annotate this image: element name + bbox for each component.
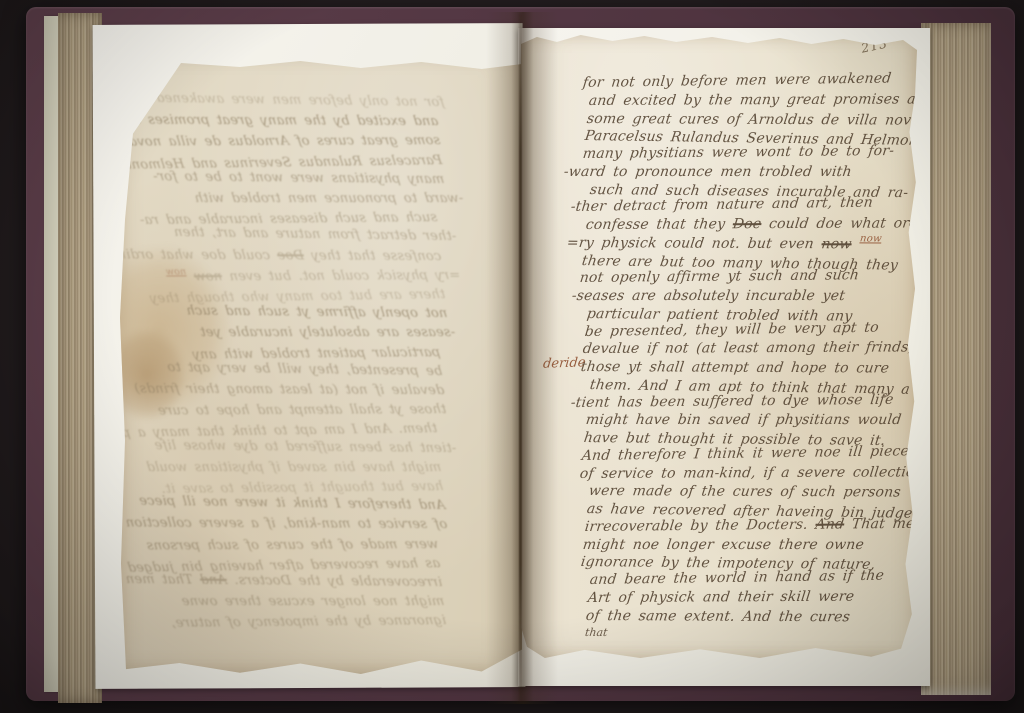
show-through-line: And therefore I think it were noe ill pi… [138, 495, 446, 513]
manuscript-line: And therefore I think it were noe ill pi… [581, 444, 910, 463]
manuscript-line: devalue if not (at least among their fri… [582, 341, 915, 357]
manuscript-line: be presented, they will be very apt to [584, 320, 880, 338]
manuscript-line: Art of physick and their skill were [587, 589, 855, 604]
manuscript-line: those yt shall attempt and hope to cure [580, 360, 890, 375]
manuscript-line: not openly affirme yt such and such [579, 269, 860, 286]
manuscript-line: -tient has been suffered to dye whose li… [570, 392, 894, 409]
manuscript-line: some great cures of Arnoldus de villa no… [586, 112, 921, 128]
page-edges-right [921, 23, 991, 695]
manuscript-line: were made of the cures of such persons [588, 484, 902, 500]
manuscript-line: and excited by the many great promises a… [588, 92, 935, 108]
manuscript-leaf-right: 213 for not only before men were awakene… [521, 32, 919, 658]
show-through-line: devalue if not (at least among their fri… [134, 382, 445, 397]
show-through-line: might noe longer excuse there owne [181, 595, 445, 608]
manuscript-line: of the same extent. And the cures [585, 609, 851, 624]
show-through-line: many physitians were wont to be to for- [152, 170, 445, 186]
show-through-line: confesse that they Doe could doe what or… [109, 248, 442, 263]
show-through-line: some great cures of Arnoldus de villa no… [128, 134, 441, 149]
show-through-line: were made of the cures of such persons [146, 538, 439, 552]
show-through-line: those yt shall attempt and hope to cure [157, 403, 447, 417]
gutter-crease [519, 14, 522, 702]
manuscript-photograph: for not only before men were awakenedand… [0, 0, 1024, 713]
show-through-line: have but thought it possible to save it. [160, 480, 444, 496]
gutter-shadow [486, 12, 558, 704]
show-through-line: -tient has been suffered to dye whose li… [154, 439, 457, 455]
show-through-lines: for not only before men were awakenedand… [153, 92, 506, 648]
manuscript-line: might have bin saved if physitians would [585, 413, 902, 427]
manuscript-line: -ther detract from nature and art, then [570, 196, 874, 214]
manuscript-line: might noe longer excuse there owne [582, 538, 865, 552]
catchword: that [584, 626, 608, 639]
show-through-line: particular patient trobled with any [191, 346, 441, 361]
manuscript-line: -ward to pronounce men trobled with [563, 165, 853, 179]
show-through-line: and excited by the many great promises a… [115, 114, 439, 129]
show-through-line: irrecoverable by the Docters. And That m… [125, 573, 443, 589]
manuscript-line: many physitians were wont to be to for- [582, 144, 895, 161]
show-through-line: be presented, they will be very apt to [167, 361, 443, 378]
show-through-line: for not only before men were awakened [155, 92, 445, 109]
manuscript-leaf-left: for not only before men were awakenedand… [119, 60, 522, 674]
show-through-line: might have bin saved if physitians would [146, 461, 442, 474]
show-through-line: of service to man-kind, if a severe coll… [125, 517, 448, 532]
show-through-line: =ry physick could not. but even now now [166, 269, 461, 283]
manuscript-line: confesse that they Doe could doe what or… [585, 216, 942, 232]
show-through-line: -ward to pronounce men trobled with [194, 192, 464, 205]
manuscript-line: and beare the world in hand as if the [589, 569, 885, 587]
manuscript-line: for not only before men were awakened [582, 71, 892, 90]
show-through-line: -ther detract from nature and art, then [173, 226, 457, 243]
manuscript-line: irrecoverable by the Docters. And That m… [584, 516, 925, 533]
show-through-line: not openly affirme yt such and such [185, 305, 448, 321]
show-through-line: ignorance by the impotency of nature, [170, 614, 447, 630]
show-through-line: -seases are absolutely incurable yet [199, 326, 456, 339]
manuscript-line: -seases are absolutely incurable yet [571, 289, 846, 303]
manuscript-line: of service to man-kind, if a severe coll… [579, 465, 925, 481]
manuscript-line: =ry physick could not. but even now now [566, 236, 882, 252]
